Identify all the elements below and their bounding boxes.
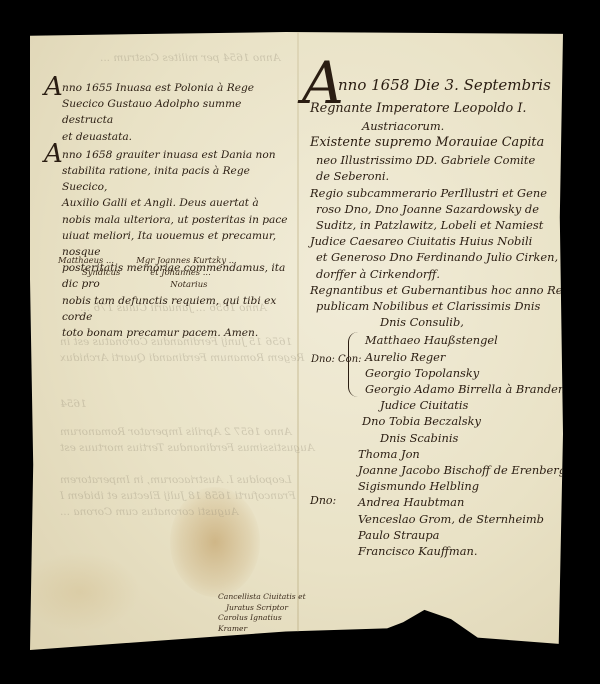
text-line: et Generoso Dno Ferdinando Julio Cirken, [310, 249, 560, 265]
bleed-through-line: Augustissimus Ferdinandus Tertius mortuu… [60, 440, 314, 456]
heading-date: nno 1658 Die 3. Septembris [310, 60, 560, 96]
bleed-through-line: 1654 [60, 396, 87, 412]
decorated-initial: A [44, 139, 63, 169]
scabinus-name: Joanne Jacobo Bischoff de Erenberg [358, 462, 560, 478]
text-line: nno 1655 Inuasa est Polonia à Rege [62, 80, 295, 96]
scabini-label: Dno: [310, 494, 336, 507]
text-line: Judice Caesareo Ciuitatis Huius Nobili [310, 233, 560, 249]
text-line: et deuastata. [62, 129, 295, 145]
scabinus-name: Francisco Kauffman. [358, 543, 560, 559]
text-line: Dnis Consulib, [310, 314, 560, 330]
text-line: Dno Tobia Beczalsky [310, 413, 560, 429]
age-stain [20, 552, 140, 632]
bleed-through-line: Anno 1654 per milites Castrum ... [100, 50, 280, 66]
text-line: Existente supremo Morauiae Capita [310, 134, 560, 152]
right-column-officials: A nno 1658 Die 3. Septembris Regnante Im… [310, 60, 560, 559]
document-heading: A nno 1658 Die 3. Septembris [310, 60, 560, 100]
signature-line: Notarius [136, 278, 236, 290]
bleed-through-line: Leopoldus I. Austriacorum, in Imperatore… [60, 472, 292, 488]
entry-1655: A nno 1655 Inuasa est Polonia à Rege Sue… [50, 80, 295, 145]
text-line: Dnis Scabinis [310, 430, 560, 446]
chancery-note: Cancellista Ciuitatis et Juratus Scripto… [218, 592, 313, 634]
manuscript-sheet: Anno 1654 per milites Castrum ... Anno 1… [30, 32, 563, 650]
text-line: Suditz, in Patzlawitz, Lobeli et Namiest [310, 217, 560, 233]
signature-line: et Johannes ... [136, 266, 236, 278]
signature-left: Matthaeus ... Syndicus [58, 254, 120, 290]
text-line: nobis mala ulteriora, ut posteritas in p… [62, 212, 295, 228]
bleed-through-line: Regem Romanum Ferdinandi Quarti Archidux [60, 350, 304, 366]
text-line: Suecico Gustauo Adolpho summe destructa [62, 96, 295, 128]
scabini-list: Dno: Thoma Jon Joanne Jacobo Bischoff de… [310, 446, 560, 559]
scabinus-name: Venceslao Grom, de Sternheimb [358, 511, 560, 527]
text-line: Austriacorum. [310, 118, 560, 134]
consul-name: Aurelio Reger [365, 349, 560, 365]
consul-name: Georgio Adamo Birrella à Brandenfels [365, 381, 560, 397]
consuls-label: Dno: Con: [311, 354, 362, 365]
scabinus-name: Thoma Jon [358, 446, 560, 462]
chancery-line: Juratus Scriptor [218, 603, 313, 614]
bleed-through-line: Francofurti 1658 18 Julij Electus et ibi… [60, 488, 296, 504]
chancery-line: Carolus Ignatius Kramer [218, 613, 313, 634]
consuls-list: Dno: Con: Matthaeo Haußstengel Aurelio R… [348, 332, 560, 397]
text-line: toto bonam precamur pacem. Amen. [62, 325, 295, 341]
text-line: dorffer à Cirkendorff. [310, 266, 560, 282]
bleed-through-line: Augusti coronatus cum Corona ... [60, 504, 238, 520]
entry-1658: A nno 1658 grauiter inuasa est Dania non… [50, 147, 295, 341]
scabinus-name: Sigismundo Helbling [358, 478, 560, 494]
signature-line: Matthaeus ... [58, 254, 120, 266]
text-line: Auxilio Galli et Angli. Deus auertat à [62, 195, 295, 211]
text-line: roso Dno, Dno Joanne Sazardowsky de [310, 201, 560, 217]
scabinus-name: Paulo Straupa [358, 527, 560, 543]
consul-name: Georgio Topolansky [365, 365, 560, 381]
text-line: Regio subcammerario PerIllustri et Gene [310, 185, 560, 201]
ornate-initial: A [302, 54, 344, 112]
text-line: publicam Nobilibus et Clarissimis Dnis [310, 298, 560, 314]
text-line: de Seberoni. [310, 168, 560, 184]
text-line: Regnantibus et Gubernantibus hoc anno Re… [310, 282, 560, 298]
text-line: nno 1658 grauiter inuasa est Dania non [62, 147, 295, 163]
signature-line: Syndicus [58, 266, 120, 278]
signature-block: Matthaeus ... Syndicus Mgr Joannes Kurtz… [58, 254, 237, 290]
signature-right: Mgr Joannes Kurtzky ... et Johannes ... … [136, 254, 236, 290]
text-line: neo Illustrissimo DD. Gabriele Comite [310, 152, 560, 168]
center-fold [297, 32, 299, 650]
chancery-line: Cancellista Ciuitatis et [218, 592, 313, 603]
text-line: Judice Ciuitatis [310, 397, 560, 413]
signature-line: Mgr Joannes Kurtzky ... [136, 254, 236, 266]
bleed-through-line: Anno 1657 2 Aprilis Imperator Romanorum [60, 424, 291, 440]
text-line: Regnante Imperatore Leopoldo I. [310, 100, 560, 118]
text-line: nobis tam defunctis requiem, qui tibi ex… [62, 293, 295, 325]
scabinus-name: Andrea Haubtman [358, 494, 560, 510]
left-column-annals: A nno 1655 Inuasa est Polonia à Rege Sue… [50, 80, 295, 343]
text-line: stabilita ratione, inita pacis à Rege Su… [62, 163, 295, 195]
consul-name: Matthaeo Haußstengel [365, 332, 560, 348]
decorated-initial: A [44, 72, 63, 102]
